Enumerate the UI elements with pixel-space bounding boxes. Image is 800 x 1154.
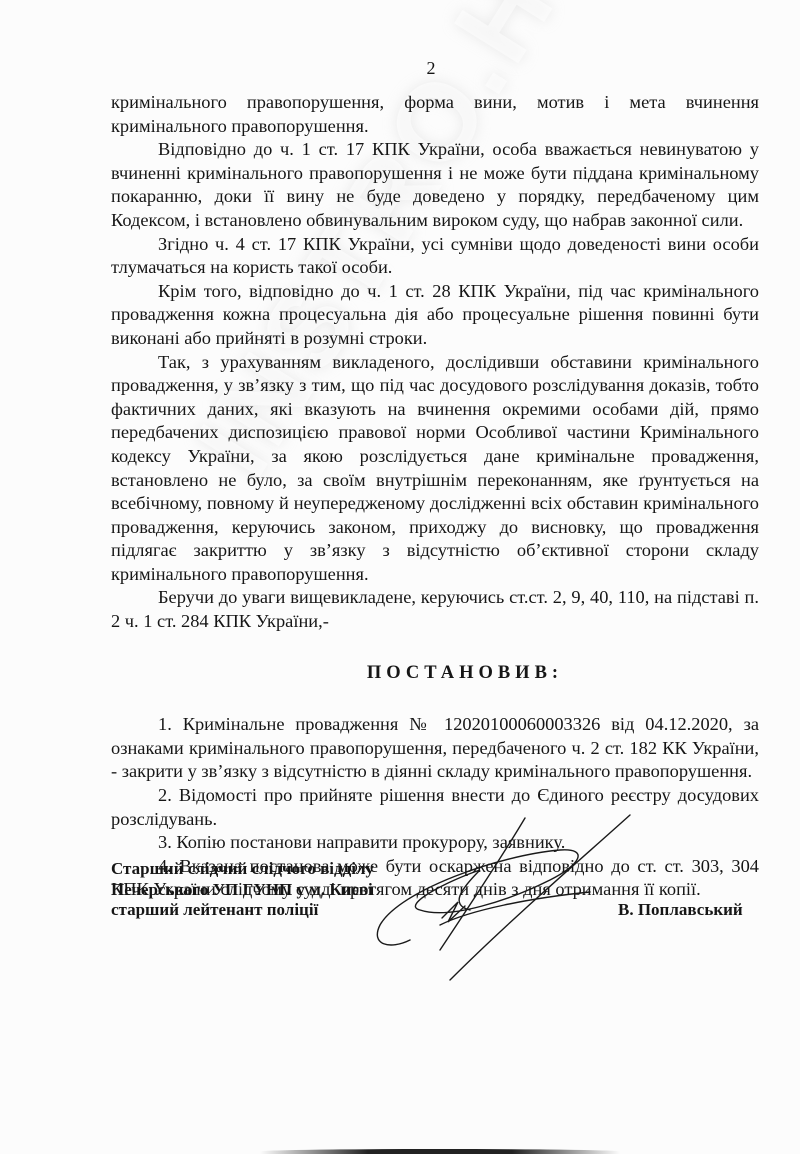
paragraph-reasonable-terms: Крім того, відповідно до ч. 1 ст. 28 КПК… — [111, 280, 759, 351]
page-number: 2 — [0, 58, 800, 79]
paragraph-conclusion: Так, з урахуванням викладеного, дослідив… — [111, 351, 759, 587]
paragraph-continuation: кримінального правопорушення, форма вини… — [111, 91, 759, 138]
paragraph-doubts: Згідно ч. 4 ст. 17 КПК України, усі сумн… — [111, 233, 759, 280]
document-page: INSTRO.H 2 кримінального правопорушення,… — [0, 0, 800, 1154]
signatory-line-1: Старший слідчий слідчого відділу — [111, 859, 374, 880]
document-body: кримінального правопорушення, форма вини… — [111, 91, 759, 902]
resolution-item-3: 3. Копію постанови направити прокурору, … — [111, 831, 759, 855]
signatory-name: В. Поплавський — [618, 900, 743, 920]
signatory-position: Старший слідчий слідчого відділу Печерсь… — [111, 859, 374, 921]
paragraph-presumption-innocence: Відповідно до ч. 1 ст. 17 КПК України, о… — [111, 138, 759, 232]
signatory-line-2: Печерського УП ГУНП у м. Києві — [111, 880, 374, 901]
signatory-line-3: старший лейтенант поліції — [111, 900, 374, 921]
scan-edge — [260, 1149, 620, 1154]
resolution-item-2: 2. Відомості про прийняте рішення внести… — [111, 784, 759, 831]
resolution-heading: ПОСТАНОВИВ: — [111, 662, 759, 686]
resolution-item-1: 1. Кримінальне провадження № 12020100060… — [111, 713, 759, 784]
paragraph-legal-basis: Беручи до уваги вищевикладене, керуючись… — [111, 586, 759, 633]
